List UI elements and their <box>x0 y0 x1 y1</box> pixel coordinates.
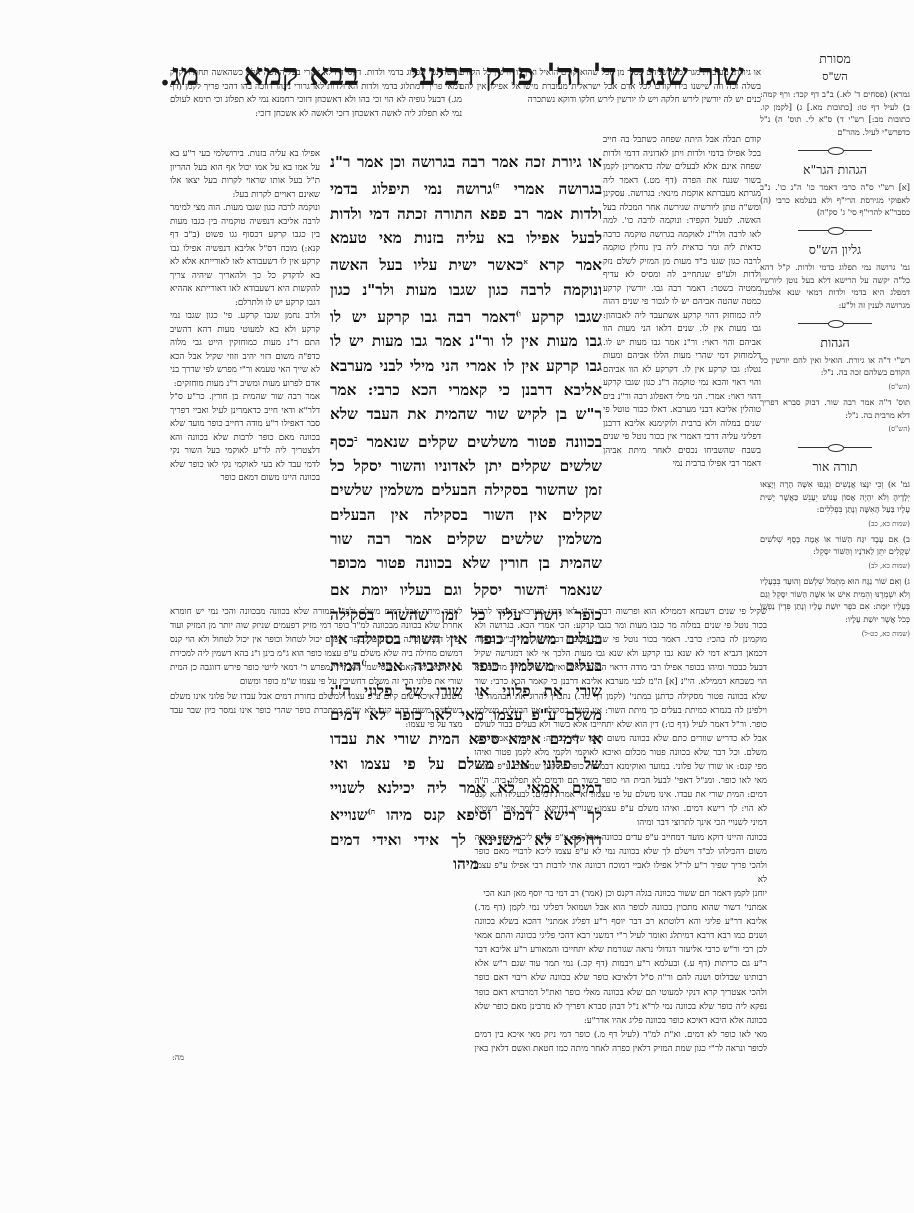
gemara-line: גבו מעות אין לו ור"נ אמר גבו מעות יש לו <box>330 329 602 353</box>
gilyon-title: גליון הש"ס <box>760 241 910 258</box>
tosafot-entry: אפילו בא עליה בזנות. בירושלמי בעי ר"ע בא… <box>170 148 320 202</box>
gilyon-text: גמ' גרושה נמי תפלוג בדמי ולדות. ק"ל דהא … <box>760 261 910 312</box>
gemara-line: גבו קרקע אין לו אמרי הני מילי לבני מערבא <box>330 354 602 378</box>
torah-verse-2: ב) אִם עֶבֶד יִגַּח הַשּׁוֹר אוֹ אָמָה כ… <box>760 533 910 558</box>
torah-or-title: תורה אור <box>760 458 910 475</box>
hagahot-text-1: רש"י ד"ה או גיורת. הואיל ואין להם יורשין… <box>760 354 910 379</box>
gemara-line: זמן שהשור בסקילה הבעלים משלמין שלשים <box>330 478 602 502</box>
gemara-line: שלשים שקלים יתן לאדוניו והשור יסקל כל <box>330 454 602 478</box>
ornament-divider <box>760 440 910 454</box>
tosafot-continuation: יוחנן לקמן דאמר תם ששור בכוונה בגלה דקנס… <box>475 887 768 901</box>
gemara-line: בגרושה אמרי ה)גרושה נמי תיפלוג בדמי <box>330 174 602 201</box>
mesoret-title: מסורת <box>760 50 910 67</box>
gemara-line: או גיורת זכה אמר רבה בגרושה וכן אמר ר"נ <box>330 150 602 174</box>
gemara-line: לבעל אפילו בא עליה בזנות מאי טעמא <box>330 226 602 250</box>
tosafot-entry: ולרב נחמן שגבו קרקע. פי' כגון שגבו נמי ק… <box>170 310 320 391</box>
gloss-marker: ה) <box>492 181 499 190</box>
gemara-line: אליבא דרבנן כי קאמרי הכא כרבי: אמר <box>330 378 602 402</box>
hagahot-source-2: (הש"ס) <box>760 423 910 436</box>
gemara-line: שקלים אין השור בסקילה אין הבעלים <box>330 503 602 527</box>
tosafot-entry: ונוקמה לרבה כגון שגבו מעות. הוה מצי למימ… <box>170 202 320 310</box>
gemara-line: בכוונה פטור משלשים שקלים שנאמר בכסף <box>330 427 602 454</box>
torah-verse-1: גמ' א) וְכִי יִנָּצוּ אֲנָשִׁים וְנָגְפו… <box>760 478 910 516</box>
torah-source-1: (שמות כא, כב) <box>760 518 910 531</box>
hagahot-title: הגהות <box>760 334 910 351</box>
gemara-line: ונוקמה לרבה כגון שגבו מעות ולר"נ כגון <box>330 278 602 302</box>
tosafot-commentary-top: גרושה נמי תפלוג בדמי ולדות. דקס"ד דלא אק… <box>170 67 462 121</box>
hagahot-source-1: (הש"ס) <box>760 381 910 394</box>
margin-column: מסורת הש"ס גמרא) (פסחים ד' לא.) ב"ב דף ק… <box>760 48 910 642</box>
tosafot-commentary: אפילו בא עליה בזנות. בירושלמי בעי ר"ע בא… <box>170 148 320 486</box>
gemara-line: שגבו קרקע ו)דאמר רבה גבו קרקע יש לו <box>330 302 602 329</box>
catchword: מה: <box>172 1053 184 1062</box>
gemara-line: משלמין שלשים שקלים אמר רבה שור <box>330 527 602 551</box>
ornament-divider <box>760 223 910 237</box>
gemara-line: ר"ש בן לקיש שור שהמית את העבד שלא <box>330 402 602 426</box>
gemara-line: ולדות אמר רב פפא התורה זכתה דמי ולדות <box>330 202 602 226</box>
gemara-line: שנאמר גהשור יסקל וגם בעליו יומת אם <box>330 575 602 602</box>
torah-source-3: (שמות כא, כט-ל) <box>760 628 910 641</box>
gra-text: [א] רש"י ס"ה כרבי דאמר כו' ה"נ כו'. נ"ב … <box>760 181 910 219</box>
gemara-line: שהמית בן חורין שלא בכוונה פטור מכופר <box>330 551 602 575</box>
tosafot-entry: אמר רבה שור שהמית בן חורין. כר"ע ס"ל דלר… <box>170 391 320 486</box>
tosafot-continuation: בכוונה והיינו דוקא מועד דמחייב ע"פ עדים … <box>475 831 768 887</box>
torah-verse-3: ג) וְאִם שׁוֹר נַגָּח הוּא מִתְּמֹל שִׁל… <box>760 575 910 626</box>
rashi-commentary: קודם תבלה אבל היתה שפחה כשתבל בה חייב בכ… <box>603 134 761 472</box>
ornament-divider <box>760 316 910 330</box>
hagahot-text-2: תוס' ד"ה אמר רבה שור. דבוק סברא דפריך דל… <box>760 396 910 421</box>
mesoret-text: גמרא) (פסחים ד' לא.) ב"ב דף קכד: ורף קמה… <box>760 88 910 139</box>
rashi-continuation: שקיל פי שנים דשבחא דממילא הוא ופרשוה רבה… <box>475 605 768 831</box>
rashi-commentary-top: או גיורת. מעוברת מגר ומתו שניהם פטור מן … <box>459 67 761 108</box>
tosafot-continuation: אמתני' דשור שהוא מתכוין בכוונה לכופר הוא… <box>475 901 768 1028</box>
lower-commentary: שקיל פי שנים דשבחא דממילא הוא ופרשוה רבה… <box>170 605 767 1060</box>
torah-source-2: (שמות כא, לב) <box>760 560 910 573</box>
ornament-divider <box>760 143 910 157</box>
gemara-line: אמר קרא אכאשר ישית עליו בעל האשה <box>330 250 602 277</box>
talmud-page: שור שנגח ד' וה' פרק רביעי בבא קמא מג. מס… <box>0 0 914 1213</box>
mesoret-subtitle: הש"ס <box>760 70 910 84</box>
tosafot-continuation: משמע דאיכא שום קיום ע"פ עצמו ולמשלם בחור… <box>170 690 463 732</box>
gra-title: הגהות הגר"א <box>760 161 910 178</box>
